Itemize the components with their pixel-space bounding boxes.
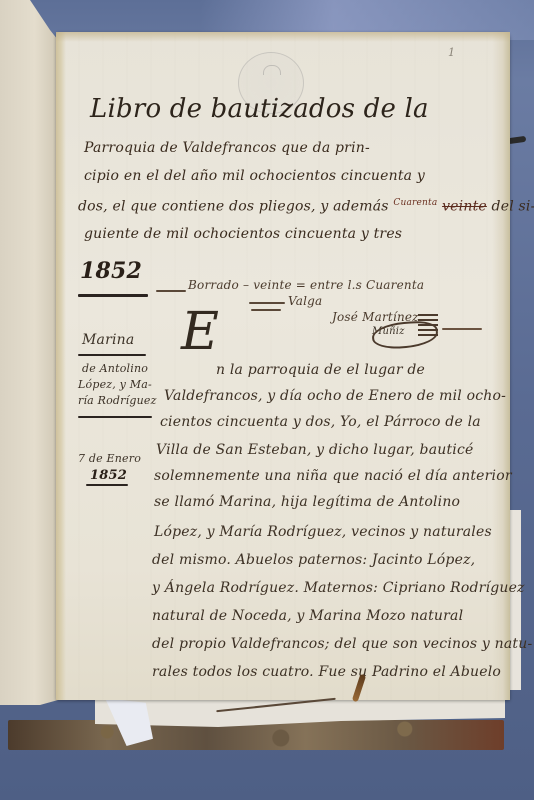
title-line-1: Libro de bautizados de la: [90, 94, 429, 124]
title-line-5: guiente de mil ochocientos cincuenta y t…: [84, 226, 402, 242]
page-gutter-stain: [56, 32, 66, 700]
struck-word: veinte: [442, 199, 487, 215]
entry-line-2: Valdefrancos, y día ocho de Enero de mil…: [164, 388, 506, 404]
date-year-underline: [86, 484, 128, 486]
entry-line-3: cientos cincuenta y dos, Yo, el Párroco …: [160, 414, 481, 430]
rubric-tail: [442, 328, 482, 330]
previous-leaf: [0, 0, 58, 705]
entry-line-9: y Ángela Rodríguez. Maternos: Cipriano R…: [152, 580, 525, 596]
title-line-4-text: dos, el que contiene dos pliegos, y adem…: [78, 199, 389, 215]
page-number: 1: [448, 46, 455, 59]
entry-line-1: n la parroquia de el lugar de: [216, 362, 425, 378]
entry-line-11: del propio Valdefrancos; del que son vec…: [152, 636, 532, 652]
entry-line-4: Villa de San Esteban, y dicho lugar, bau…: [156, 442, 473, 458]
title-line-4: dos, el que contiene dos pliegos, y adem…: [78, 198, 534, 215]
register-page: 1 Libro de bautizados de la Parroquia de…: [56, 32, 510, 700]
rubric-flourish: [418, 314, 438, 336]
page-right-edge: [492, 32, 510, 700]
erratum-line-1: Borrado – veinte = entre l.s Cuarenta: [188, 278, 424, 292]
margin-parents-1: de Antolino: [82, 362, 148, 375]
title-line-3: cipio en el del año mil ochocientos cinc…: [84, 168, 425, 184]
margin-date-year: 1852: [90, 468, 127, 483]
margin-date: 7 de Enero: [78, 452, 141, 465]
double-dash-1: [249, 302, 285, 304]
margin-separator: [78, 416, 152, 418]
title-line-4-trailing: del si-: [492, 199, 534, 215]
margin-year-header: 1852: [80, 258, 142, 284]
title-line-2: Parroquia de Valdefrancos que da prin-: [84, 140, 370, 156]
entry-line-6: se llamó Marina, hija legítima de Antoli…: [154, 494, 460, 510]
entry-line-7: López, y María Rodríguez, vecinos y natu…: [154, 524, 492, 540]
binding-thread: [508, 136, 527, 144]
entry-line-5: solemnemente una niña que nació el día a…: [154, 468, 512, 484]
erratum-valga: Valga: [288, 294, 322, 308]
double-dash-2: [251, 309, 281, 311]
page-top-stain: [56, 32, 510, 42]
dash-stroke: [156, 290, 186, 292]
entry-line-12: rales todos los cuatro. Fue su Padrino e…: [152, 664, 501, 680]
year-underline: [78, 294, 148, 297]
margin-entry-name: Marina: [82, 332, 134, 348]
inserted-correction: Cuarenta: [393, 198, 437, 208]
crown-icon: [263, 65, 281, 75]
margin-parents-2: López, y Ma-: [78, 378, 152, 391]
entry-line-8: del mismo. Abuelos paternos: Jacinto Lóp…: [152, 552, 475, 568]
entry-name-underline: [78, 354, 146, 356]
margin-parents-3: ría Rodríguez: [78, 394, 157, 407]
entry-line-10: natural de Noceda, y Marina Mozo natural: [152, 608, 463, 624]
decorated-initial: E: [181, 302, 219, 362]
